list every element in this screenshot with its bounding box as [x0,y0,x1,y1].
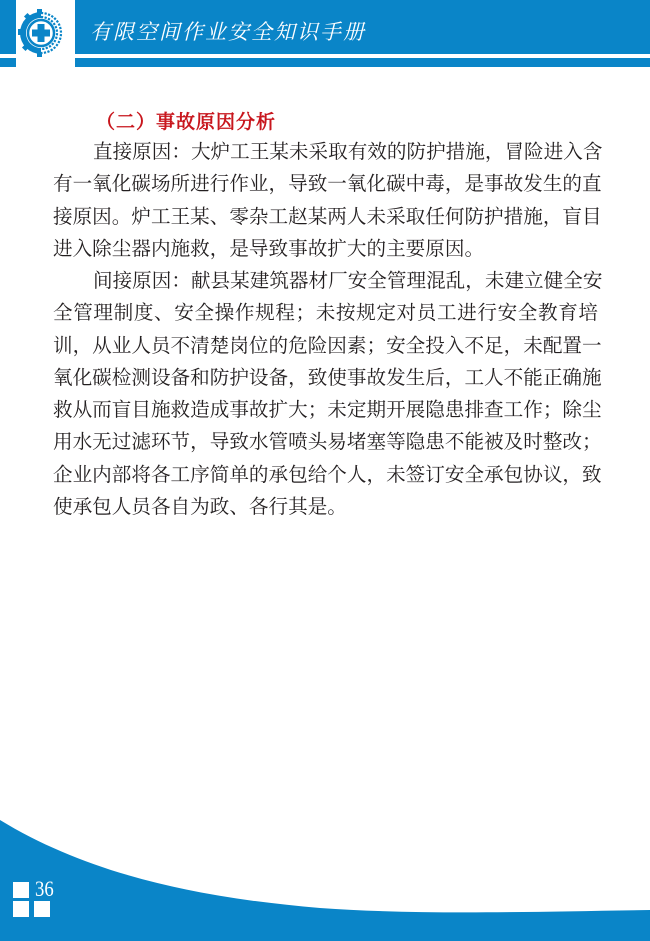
header-stripe [75,58,650,67]
text-line: 氧化碳检测设备和防护设备，致使事故发生后，工人不能正确施 [53,362,598,394]
three-squares-icon [13,901,29,917]
three-squares-icon [13,882,29,898]
paragraph-direct-cause: 直接原因：大炉工王某未采取有效的防护措施，冒险进入含 有一氧化碳场所进行作业，导… [53,136,598,265]
text-line: 使承包人员各自为政、各行其是。 [53,491,598,523]
text-line: 用水无过滤环节，导致水管喷头易堵塞等隐患不能被及时整改； [53,426,598,458]
text-line: 直接原因：大炉工王某未采取有效的防护措施，冒险进入含 [53,136,598,168]
text-line: 有一氧化碳场所进行作业，导致一氧化碳中毒，是事故发生的直 [53,168,598,200]
header-bar-left [0,0,16,54]
footer-wave [0,780,650,941]
book-title: 有限空间作业安全知识手册 [90,16,366,46]
text-line: 企业内部将各工序简单的承包给个人，未签订安全承包协议，致 [53,459,598,491]
three-squares-icon [34,901,50,917]
text-line: 全管理制度、安全操作规程；未按规定对员工进行安全教育培 [53,297,598,329]
text-line: 接原因。炉工王某、零杂工赵某两人未采取任何防护措施，盲目 [53,201,598,233]
page-number: 36 [35,876,54,902]
header-stripe-left [0,58,16,67]
text-line: 进入除尘器内施救，是导致事故扩大的主要原因。 [53,233,598,265]
text-line: 救从而盲目施救造成事故扩大；未定期开展隐患排查工作；除尘 [53,394,598,426]
paragraph-indirect-cause: 间接原因：献县某建筑器材厂安全管理混乱，未建立健全安 全管理制度、安全操作规程；… [53,265,598,523]
section-heading: （二）事故原因分析 [96,107,276,134]
text-line: 训，从业人员不清楚岗位的危险因素；安全投入不足，未配置一 [53,330,598,362]
gear-cross-wheat-logo-icon [17,9,65,57]
text-line: 间接原因：献县某建筑器材厂安全管理混乱，未建立健全安 [53,265,598,297]
